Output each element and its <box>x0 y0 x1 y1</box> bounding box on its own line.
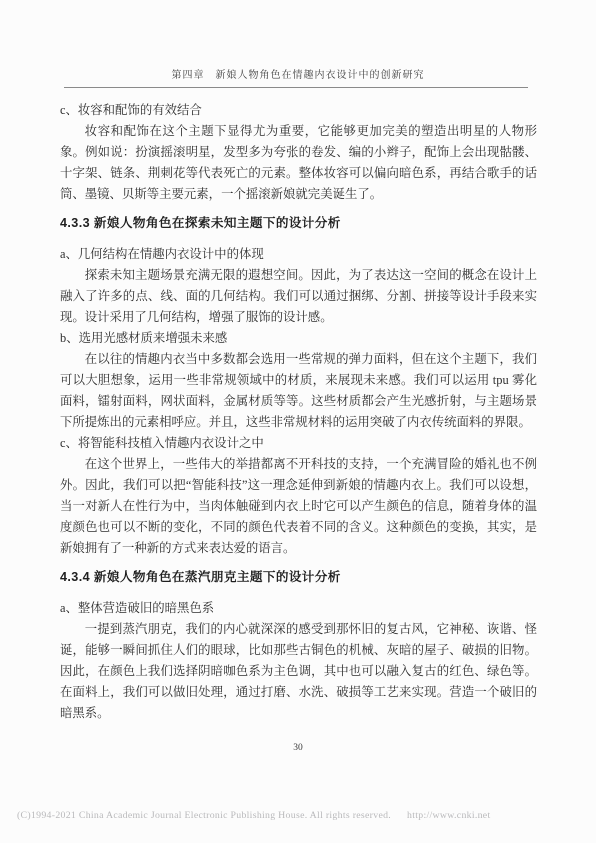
subsection-heading: c、妆容和配饰的有效结合 <box>60 100 537 121</box>
content-column: c、妆容和配饰的有效结合妆容和配饰在这个主题下显得尤为重要，它能够更加完美的塑造… <box>60 100 537 724</box>
running-header: 第四章 新娘人物角色在情趣内衣设计中的创新研究 <box>0 66 596 81</box>
subsection-heading: c、将智能科技植入情趣内衣设计之中 <box>60 433 537 454</box>
footer-url: http://www.cnki.net <box>407 810 490 821</box>
body-paragraph: 在以往的情趣内衣当中多数都会选用一些常规的弹力面料，但在这个主题下，我们可以大胆… <box>60 349 537 433</box>
body-paragraph: 探索未知主题场景充满无限的遐想空间。因此，为了表达这一空间的概念在设计上融入了许… <box>60 265 537 328</box>
section-heading: 4.3.3 新娘人物角色在探索未知主题下的设计分析 <box>60 213 537 234</box>
page-number: 30 <box>0 743 596 753</box>
subsection-heading: b、选用光感材质来增强未来感 <box>60 328 537 349</box>
body-paragraph: 一提到蒸汽朋克，我们的内心就深深的感受到那怀旧的复古风，它神秘、诙谐、怪诞，能够… <box>60 619 537 724</box>
footer-copyright: (C)1994-2021 China Academic Journal Elec… <box>17 810 391 821</box>
document-page: 第四章 新娘人物角色在情趣内衣设计中的创新研究 c、妆容和配饰的有效结合妆容和配… <box>0 0 596 843</box>
header-divider <box>64 87 528 88</box>
subsection-heading: a、几何结构在情趣内衣设计中的体现 <box>60 244 537 265</box>
body-paragraph: 在这个世界上，一些伟大的举措都离不开科技的支持，一个充满冒险的婚礼也不例外。因此… <box>60 454 537 559</box>
body-paragraph: 妆容和配饰在这个主题下显得尤为重要，它能够更加完美的塑造出明星的人物形象。例如说… <box>60 121 537 205</box>
page-footer: (C)1994-2021 China Academic Journal Elec… <box>17 810 579 821</box>
subsection-heading: a、整体营造破旧的暗黑色系 <box>60 598 537 619</box>
section-heading: 4.3.4 新娘人物角色在蒸汽朋克主题下的设计分析 <box>60 567 537 588</box>
